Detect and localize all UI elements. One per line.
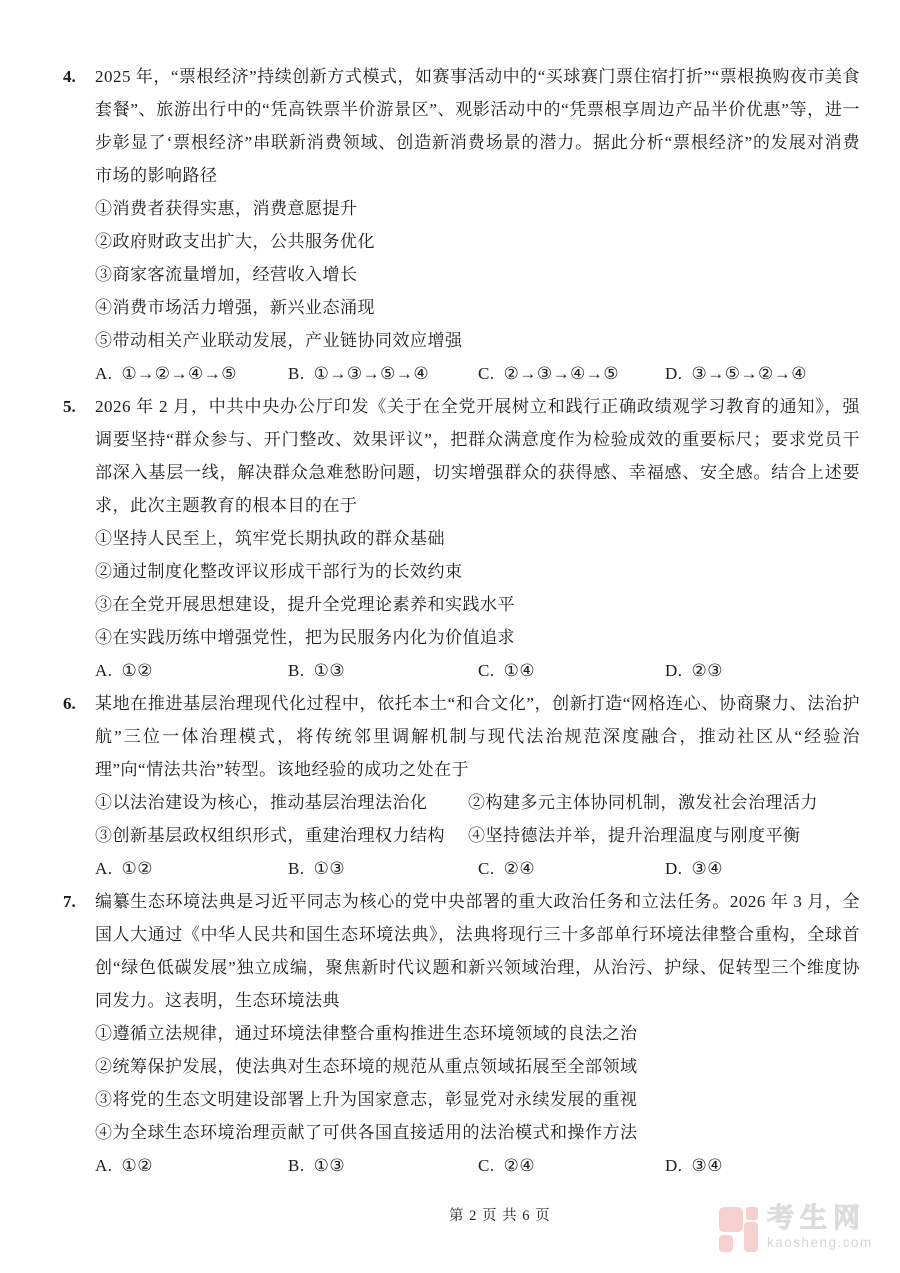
page-number: 第 2 页 共 6 页 <box>449 1204 551 1225</box>
statement-2: ②统筹保护发展，使法典对生态环境的规范从重点领域拓展至全部领域 <box>95 1050 860 1083</box>
choice-label: C. <box>478 661 495 680</box>
question-stem: 编纂生态环境法典是习近平同志为核心的党中央部署的重大政治任务和立法任务。2026… <box>95 885 860 1017</box>
question-stem: 2025 年，“票根经济”持续创新方式模式，如赛事活动中的“买球赛门票住宿打折”… <box>95 60 860 192</box>
statement-4: ④坚持德法并举，提升治理温度与刚度平衡 <box>468 819 860 852</box>
choices-row: A.①② B.①③ C.②④ D.③④ <box>95 1149 860 1182</box>
choice-label: A. <box>95 1156 113 1175</box>
choice-value: ③④ <box>692 859 723 878</box>
choice-value: ①② <box>122 661 153 680</box>
choice-b: B.①③ <box>288 654 478 687</box>
choice-label: D. <box>665 661 683 680</box>
choice-value: ①③ <box>314 859 345 878</box>
choice-label: A. <box>95 364 113 383</box>
choice-label: C. <box>478 859 495 878</box>
choice-c: C.②④ <box>478 1149 665 1182</box>
choice-value: ①④ <box>504 661 535 680</box>
choice-d: D.③→⑤→②→④ <box>665 357 860 390</box>
question-number: 6. <box>63 687 95 720</box>
statement-3: ③在全党开展思想建设，提升全党理论素养和实践水平 <box>95 588 860 621</box>
choice-value: ②④ <box>504 1156 535 1175</box>
choice-value: ③④ <box>692 1156 723 1175</box>
watermark-domain: kaosheng.com <box>767 1235 897 1250</box>
choice-a: A.①② <box>95 654 288 687</box>
choice-value: ③→⑤→②→④ <box>692 364 807 383</box>
question-4: 4. 2025 年，“票根经济”持续创新方式模式，如赛事活动中的“买球赛门票住宿… <box>63 60 860 390</box>
choice-label: B. <box>288 859 305 878</box>
statement-1: ①坚持人民至上，筑牢党长期执政的群众基础 <box>95 522 860 555</box>
choice-label: D. <box>665 1156 683 1175</box>
statement-1: ①消费者获得实惠，消费意愿提升 <box>95 192 860 225</box>
choice-value: ②④ <box>504 859 535 878</box>
choice-d: D.③④ <box>665 852 860 885</box>
choice-b: B.①③ <box>288 852 478 885</box>
statement-3: ③商家客流量增加，经营收入增长 <box>95 258 860 291</box>
choices-row: A.①② B.①③ C.①④ D.②③ <box>95 654 860 687</box>
choice-b: B.①→③→⑤→④ <box>288 357 478 390</box>
question-number: 4. <box>63 60 95 93</box>
choice-label: A. <box>95 859 113 878</box>
question-number: 5. <box>63 390 95 423</box>
statement-2: ②通过制度化整改评议形成干部行为的长效约束 <box>95 555 860 588</box>
choices-row: A.①→②→④→⑤ B.①→③→⑤→④ C.②→③→④→⑤ D.③→⑤→②→④ <box>95 357 860 390</box>
choice-label: B. <box>288 661 305 680</box>
kaosheng-watermark: 考生网 kaosheng.com <box>719 1203 897 1265</box>
statement-grid: ①以法治建设为核心，推动基层治理法治化 ②构建多元主体协同机制，激发社会治理活力… <box>95 786 860 852</box>
choice-a: A.①② <box>95 852 288 885</box>
choice-value: ②→③→④→⑤ <box>504 364 619 383</box>
statement-1: ①以法治建设为核心，推动基层治理法治化 <box>95 786 468 819</box>
choice-label: A. <box>95 661 113 680</box>
choice-label: B. <box>288 364 305 383</box>
choice-value: ②③ <box>692 661 723 680</box>
statement-4: ④在实践历练中增强党性，把为民服务内化为价值追求 <box>95 621 860 654</box>
statement-3: ③创新基层政权组织形式，重建治理权力结构 <box>95 819 468 852</box>
choice-d: D.③④ <box>665 1149 860 1182</box>
choice-c: C.②④ <box>478 852 665 885</box>
choice-value: ①② <box>122 859 153 878</box>
choice-value: ①→③→⑤→④ <box>314 364 429 383</box>
statement-5: ⑤带动相关产业联动发展，产业链协同效应增强 <box>95 324 860 357</box>
choices-row: A.①② B.①③ C.②④ D.③④ <box>95 852 860 885</box>
question-6: 6. 某地在推进基层治理现代化过程中，依托本土“和合文化”，创新打造“网格连心、… <box>63 687 860 885</box>
question-stem: 2026 年 2 月，中共中央办公厅印发《关于在全党开展树立和践行正确政绩观学习… <box>95 390 860 522</box>
choice-a: A.①→②→④→⑤ <box>95 357 288 390</box>
statement-2: ②构建多元主体协同机制，激发社会治理活力 <box>468 786 860 819</box>
choice-label: C. <box>478 364 495 383</box>
choice-value: ①→②→④→⑤ <box>122 364 237 383</box>
statement-4: ④消费市场活力增强，新兴业态涌现 <box>95 291 860 324</box>
logo-block-icon <box>719 1235 733 1252</box>
choice-b: B.①③ <box>288 1149 478 1182</box>
exam-page: 4. 2025 年，“票根经济”持续创新方式模式，如赛事活动中的“买球赛门票住宿… <box>0 0 900 1273</box>
watermark-brand-name: 考生网 <box>767 1203 897 1233</box>
choice-c: C.②→③→④→⑤ <box>478 357 665 390</box>
choice-label: D. <box>665 364 683 383</box>
choice-value: ①③ <box>314 661 345 680</box>
choice-value: ①② <box>122 1156 153 1175</box>
logo-block-icon <box>719 1207 743 1232</box>
choice-value: ①③ <box>314 1156 345 1175</box>
question-list: 4. 2025 年，“票根经济”持续创新方式模式，如赛事活动中的“买球赛门票住宿… <box>63 60 860 1182</box>
choice-label: C. <box>478 1156 495 1175</box>
statement-1: ①遵循立法规律，通过环境法律整合重构推进生态环境领域的良法之治 <box>95 1017 860 1050</box>
choice-d: D.②③ <box>665 654 860 687</box>
question-7: 7. 编纂生态环境法典是习近平同志为核心的党中央部署的重大政治任务和立法任务。2… <box>63 885 860 1182</box>
statement-3: ③将党的生态文明建设部署上升为国家意志，彰显党对永续发展的重视 <box>95 1083 860 1116</box>
question-number: 7. <box>63 885 95 918</box>
question-5: 5. 2026 年 2 月，中共中央办公厅印发《关于在全党开展树立和践行正确政绩… <box>63 390 860 687</box>
question-stem: 某地在推进基层治理现代化过程中，依托本土“和合文化”，创新打造“网格连心、协商聚… <box>95 687 860 786</box>
choice-c: C.①④ <box>478 654 665 687</box>
choice-a: A.①② <box>95 1149 288 1182</box>
logo-block-icon <box>746 1207 758 1220</box>
choice-label: B. <box>288 1156 305 1175</box>
logo-block-icon <box>744 1222 758 1252</box>
statement-4: ④为全球生态环境治理贡献了可供各国直接适用的法治模式和操作方法 <box>95 1116 860 1149</box>
choice-label: D. <box>665 859 683 878</box>
statement-2: ②政府财政支出扩大，公共服务优化 <box>95 225 860 258</box>
